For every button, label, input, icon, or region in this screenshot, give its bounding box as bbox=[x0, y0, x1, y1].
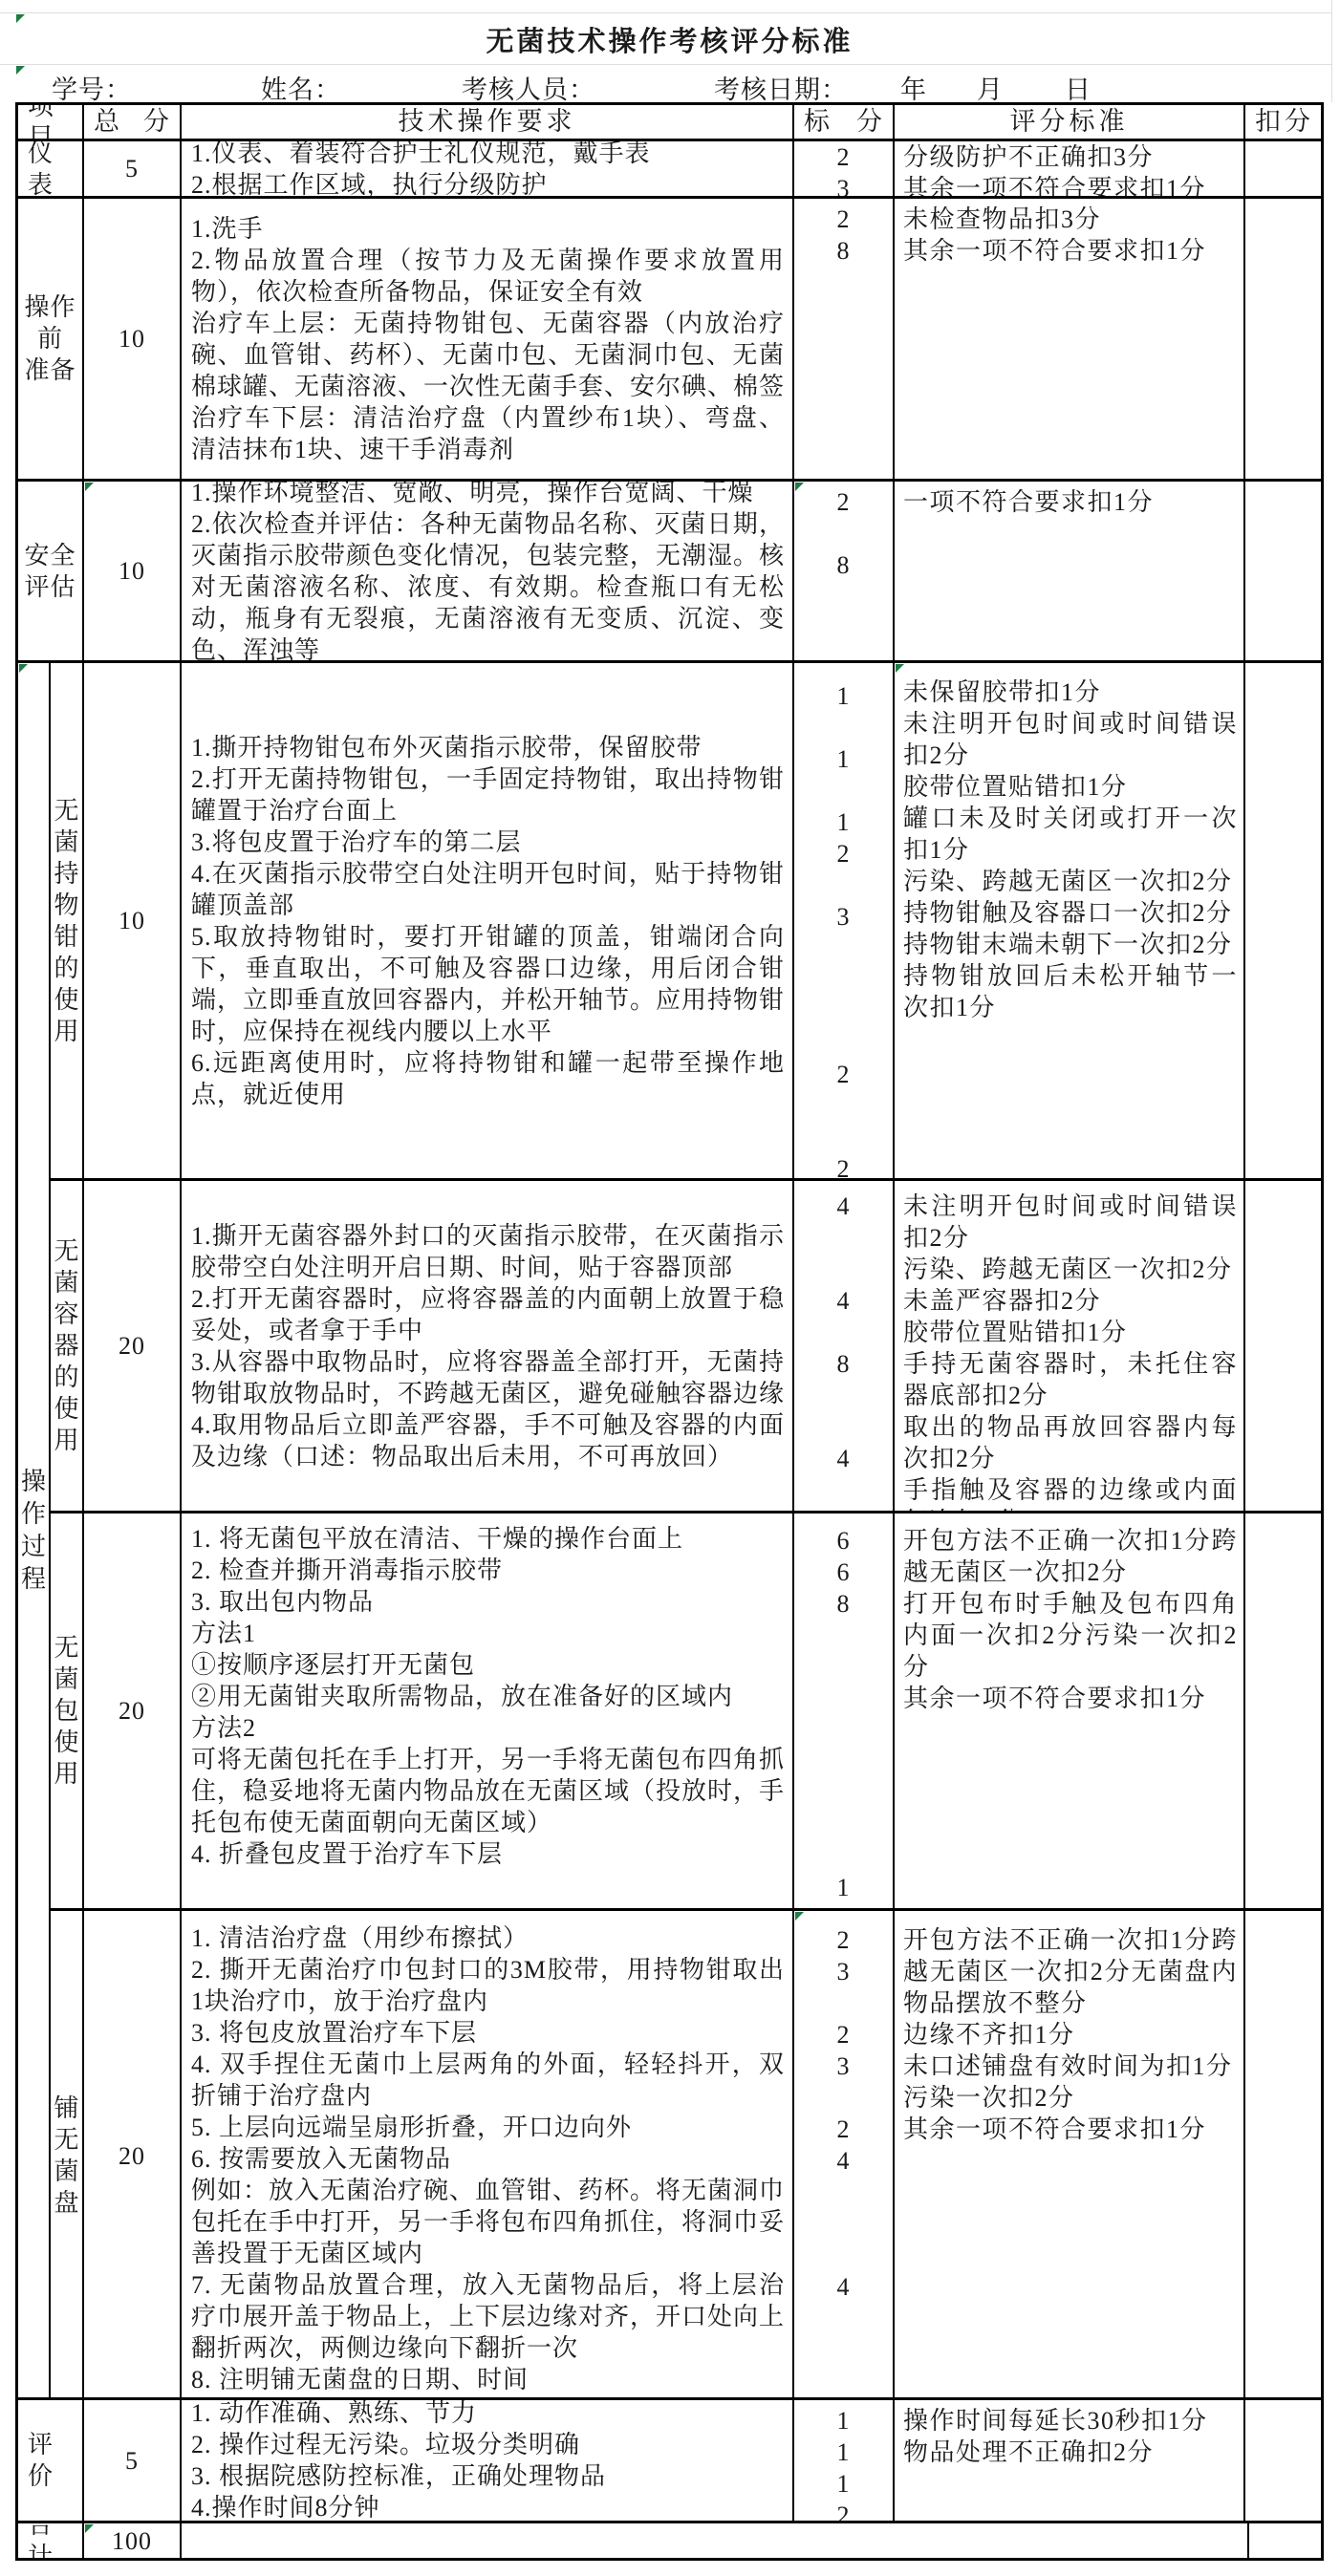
cell-merged-empty bbox=[182, 2523, 1249, 2558]
row-grand-total: 合计 100 bbox=[18, 2523, 1321, 2558]
scoring-table: 项目 总分 技术操作要求 标分 评分标准 扣分 仪表 5 1.仪表、着装符合护士… bbox=[15, 102, 1324, 2561]
cell-requirements: 1. 清洁治疗盘（用纱布擦拭） 2. 撕开无菌治疗巾包封口的3M胶带，用持物钳取… bbox=[182, 1911, 794, 2400]
cell-criteria: 未检查物品扣3分 其余一项不符合要求扣1分 bbox=[895, 199, 1245, 479]
cell-criteria: 开包方法不正确一次扣1分跨越无菌区一次扣2分无菌盘内物品摆放不整分 边缘不齐扣1… bbox=[895, 1911, 1245, 2400]
cell-standard-score: 2 8 bbox=[794, 482, 895, 660]
cell-project: 合计 bbox=[18, 2523, 84, 2558]
cell-requirements: 1.撕开持物钳包布外灭菌指示胶带，保留胶带 2.打开无菌持物钳包，一手固定持物钳… bbox=[182, 663, 794, 1178]
cell-deduction bbox=[1245, 1181, 1321, 1511]
cell-requirements: 1.仪表、着装符合护士礼仪规范，戴手表 2.根据工作区域，执行分级防护 bbox=[182, 141, 794, 196]
header-deduction: 扣分 bbox=[1245, 105, 1321, 139]
cell-requirements: 1. 动作准确、熟练、节力 2. 操作过程无污染。垃圾分类明确 3. 根据院感防… bbox=[182, 2400, 794, 2521]
cell-total-score: 20 bbox=[84, 1513, 182, 1908]
row-evaluation: 评价 5 1. 动作准确、熟练、节力 2. 操作过程无污染。垃圾分类明确 3. … bbox=[18, 2400, 1321, 2523]
cell-operation-process-label: 操 作 过 程 bbox=[18, 663, 51, 2397]
cell-standard-score: 1 1 1 2 bbox=[794, 2400, 895, 2521]
header-row: 项目 总分 技术操作要求 标分 评分标准 扣分 bbox=[18, 105, 1321, 141]
cell-deduction bbox=[1245, 663, 1321, 1178]
row-appearance: 仪表 5 1.仪表、着装符合护士礼仪规范，戴手表 2.根据工作区域，执行分级防护… bbox=[18, 141, 1321, 199]
year-label: 年 bbox=[900, 69, 927, 106]
cell-sub-project: 无 菌 包 使 用 bbox=[51, 1513, 84, 1908]
cell-project: 评价 bbox=[18, 2400, 84, 2521]
cell-total-score: 10 bbox=[84, 199, 182, 479]
cell-sub-project: 无 菌 容 器 的 使 用 bbox=[51, 1181, 84, 1511]
cell-standard-score: 2 3 2 3 2 4 4 bbox=[794, 1911, 895, 2400]
cell-total-score: 5 bbox=[84, 2400, 182, 2521]
student-id-label: 学号： bbox=[52, 69, 132, 106]
cell-requirements: 1. 将无菌包平放在清洁、干燥的操作台面上 2. 检查并撕开消毒指示胶带 3. … bbox=[182, 1513, 794, 1908]
subrow-forceps: 无 菌 持 物 钳 的 使 用 10 1.撕开持物钳包布外灭菌指示胶带，保留胶带… bbox=[51, 663, 1321, 1181]
cell-standard-score: 2 8 bbox=[794, 199, 895, 479]
cell-total-score: 5 bbox=[84, 141, 182, 196]
title-cell: 无菌技术操作考核评分标准 bbox=[15, 13, 1324, 65]
cell-total-score: 20 bbox=[84, 1911, 182, 2400]
cell-total-score: 10 bbox=[84, 663, 182, 1178]
cell-project: 仪表 bbox=[18, 141, 84, 196]
cell-deduction bbox=[1245, 199, 1321, 479]
cell-criteria: 分级防护不正确扣3分 其余一项不符合要求扣1分 bbox=[895, 141, 1245, 196]
subrow-sterile-container: 无 菌 容 器 的 使 用 20 1.撕开无菌容器外封口的灭菌指示胶带，在灭菌指… bbox=[51, 1181, 1321, 1513]
cell-deduction bbox=[1249, 2523, 1321, 2558]
header-project: 项目 bbox=[18, 105, 84, 139]
month-label: 月 bbox=[977, 69, 1004, 106]
cell-standard-score: 4 4 8 4 bbox=[794, 1181, 895, 1511]
cell-deduction bbox=[1245, 1513, 1321, 1908]
cell-total-score: 20 bbox=[84, 1181, 182, 1511]
cell-sub-project: 铺 无 菌 盘 bbox=[51, 1911, 84, 2400]
subrow-sterile-tray: 铺 无 菌 盘 20 1. 清洁治疗盘（用纱布擦拭） 2. 撕开无菌治疗巾包封口… bbox=[51, 1911, 1321, 2400]
cell-criteria: 未注明开包时间或时间错误扣2分 污染、跨越无菌区一次扣2分 未盖严容器扣2分 胶… bbox=[895, 1181, 1245, 1511]
header-criteria: 评分标准 bbox=[895, 105, 1245, 139]
gridline-right bbox=[1331, 0, 1332, 102]
examiner-label: 考核人员： bbox=[462, 69, 595, 106]
row-safety-assessment: 安全 评估 10 1.操作环境整洁、宽敞、明亮，操作台宽阔、干燥 2.依次检查并… bbox=[18, 482, 1321, 663]
header-requirements: 技术操作要求 bbox=[182, 105, 794, 139]
cell-deduction bbox=[1245, 482, 1321, 660]
cell-deduction bbox=[1245, 141, 1321, 196]
cell-deduction bbox=[1245, 2400, 1321, 2521]
cell-requirements: 1.操作环境整洁、宽敞、明亮，操作台宽阔、干燥 2.依次检查并评估：各种无菌物品… bbox=[182, 482, 794, 660]
date-label: 考核日期： bbox=[714, 69, 848, 106]
cell-criteria: 开包方法不正确一次扣1分跨越无菌区一次扣2分 打开包布时手触及包布四角内面一次扣… bbox=[895, 1513, 1245, 1908]
row-operation-process: 操 作 过 程 无 菌 持 物 钳 的 使 用 10 1.撕开持物钳包布外灭菌指… bbox=[18, 663, 1321, 2400]
cell-standard-score: 2 3 bbox=[794, 141, 895, 196]
cell-project: 安全 评估 bbox=[18, 482, 84, 660]
cell-criteria: 未保留胶带扣1分 未注明开包时间或时间错误扣2分 胶带位置贴错扣1分 罐口未及时… bbox=[895, 663, 1245, 1178]
day-label: 日 bbox=[1065, 69, 1091, 106]
name-label: 姓名： bbox=[261, 69, 341, 106]
cell-criteria: 一项不符合要求扣1分 bbox=[895, 482, 1245, 660]
cell-project: 操作 前 准备 bbox=[18, 199, 84, 479]
row-preparation: 操作 前 准备 10 1.洗手 2.物品放置合理（按节力及无菌操作要求放置用物）… bbox=[18, 199, 1321, 482]
subrow-sterile-pack: 无 菌 包 使 用 20 1. 将无菌包平放在清洁、干燥的操作台面上 2. 检查… bbox=[51, 1513, 1321, 1911]
cell-sub-project: 无 菌 持 物 钳 的 使 用 bbox=[51, 663, 84, 1178]
cell-standard-score: 6 6 8 1 bbox=[794, 1513, 895, 1908]
info-row: 学号： 姓名： 考核人员： 考核日期： 年 月 日 bbox=[15, 65, 1324, 102]
cell-deduction bbox=[1245, 1911, 1321, 2400]
page-title: 无菌技术操作考核评分标准 bbox=[486, 20, 853, 59]
header-total-score: 总分 bbox=[84, 105, 182, 139]
cell-total-score: 100 bbox=[84, 2523, 182, 2558]
cell-criteria: 操作时间每延长30秒扣1分 物品处理不正确扣2分 bbox=[895, 2400, 1245, 2521]
cell-standard-score: 1 1 1 2 3 2 2 bbox=[794, 663, 895, 1178]
spreadsheet-page: 无菌技术操作考核评分标准 学号： 姓名： 考核人员： 考核日期： 年 月 日 项… bbox=[0, 0, 1340, 2576]
cell-total-score: 10 bbox=[84, 482, 182, 660]
header-standard-score: 标分 bbox=[794, 105, 895, 139]
cell-requirements: 1.撕开无菌容器外封口的灭菌指示胶带，在灭菌指示胶带空白处注明开启日期、时间，贴… bbox=[182, 1181, 794, 1511]
cell-requirements: 1.洗手 2.物品放置合理（按节力及无菌操作要求放置用物），依次检查所备物品，保… bbox=[182, 199, 794, 479]
